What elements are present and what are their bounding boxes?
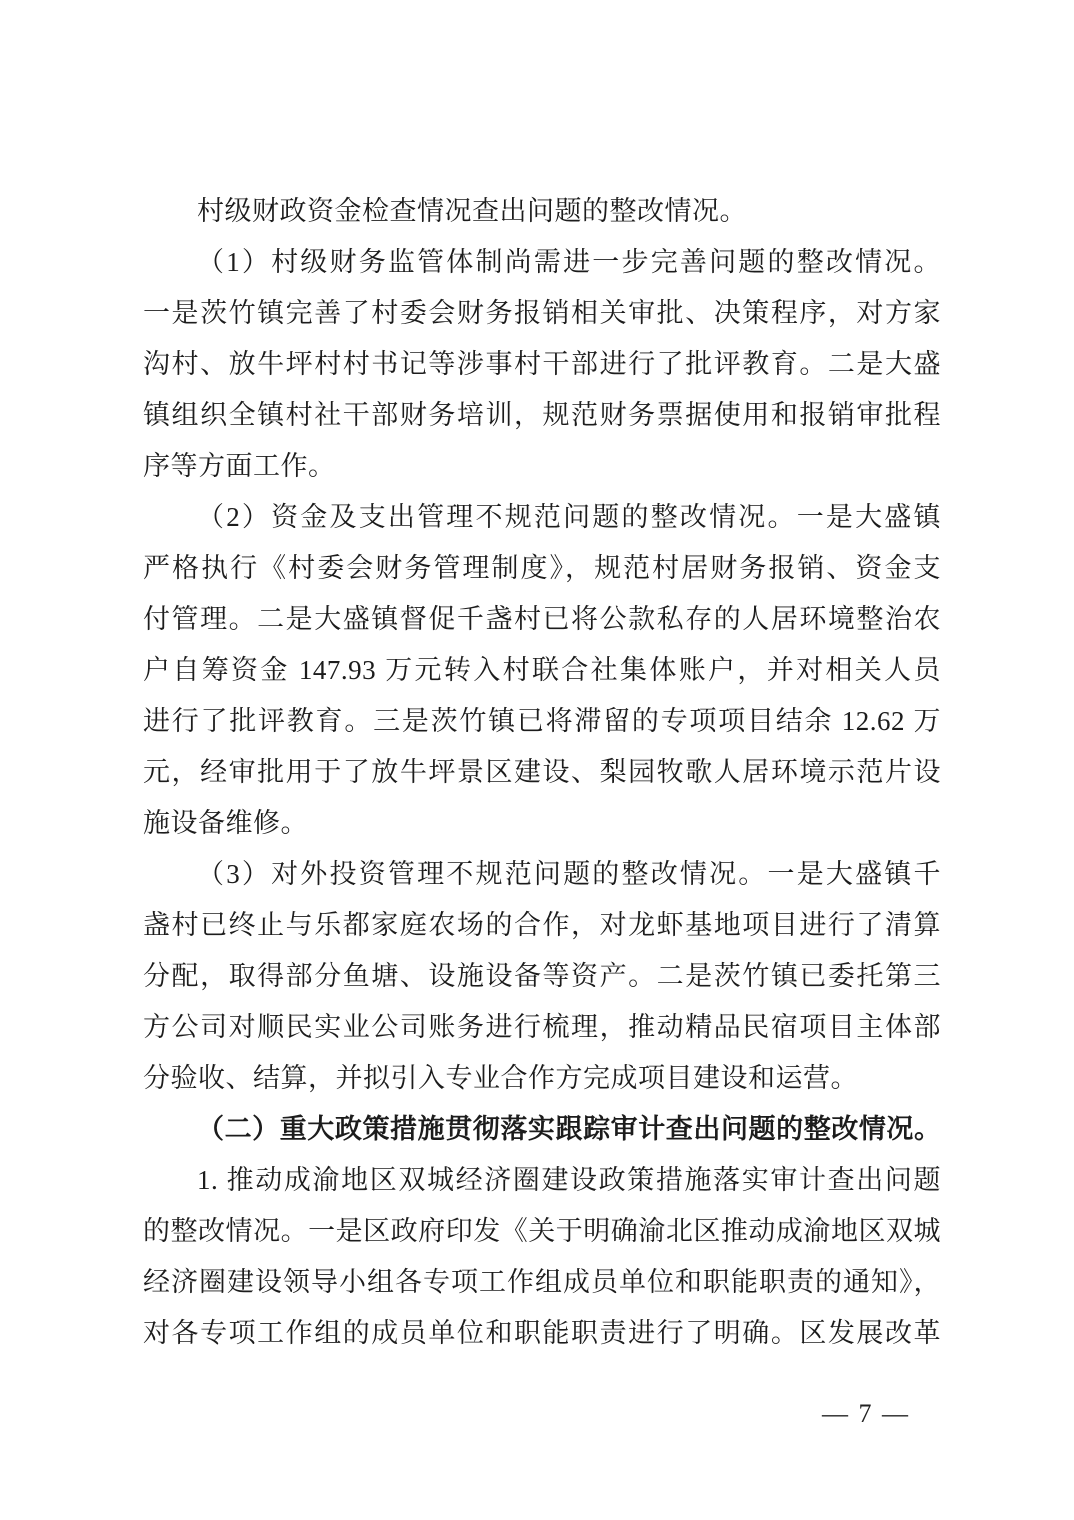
doc-line: （1）村级财务监管体制尚需进一步完善问题的整改情况。 [143, 237, 941, 288]
page-number: — 7 — [822, 1396, 910, 1432]
doc-line: 沟村、放牛坪村村书记等涉事村干部进行了批评教育。二是大盛 [143, 339, 941, 390]
document-page: 村级财政资金检查情况查出问题的整改情况。 （1）村级财务监管体制尚需进一步完善问… [0, 0, 1074, 1520]
doc-line: 经济圈建设领导小组各专项工作组成员单位和职能职责的通知》， [143, 1257, 941, 1308]
doc-line: 严格执行《村委会财务管理制度》，规范村居财务报销、资金支 [143, 543, 941, 594]
doc-line: （3）对外投资管理不规范问题的整改情况。一是大盛镇千 [143, 849, 941, 900]
subsection-heading-line: 1. 推动成渝地区双城经济圈建设政策措施落实审计查出问题 [143, 1155, 941, 1206]
section-heading-line: （二）重大政策措施贯彻落实跟踪审计查出问题的整改情况。 [143, 1104, 941, 1155]
doc-line: 付管理。二是大盛镇督促千盏村已将公款私存的人居环境整治农 [143, 594, 941, 645]
doc-line: 序等方面工作。 [143, 441, 941, 492]
doc-line: 一是茨竹镇完善了村委会财务报销相关审批、决策程序，对方家 [143, 288, 941, 339]
doc-line: 镇组织全镇村社干部财务培训，规范财务票据使用和报销审批程 [143, 390, 941, 441]
doc-line: 方公司对顺民实业公司账务进行梳理，推动精品民宿项目主体部 [143, 1002, 941, 1053]
doc-line: 施设备维修。 [143, 798, 941, 849]
doc-line: （2）资金及支出管理不规范问题的整改情况。一是大盛镇 [143, 492, 941, 543]
doc-line: 的整改情况。一是区政府印发《关于明确渝北区推动成渝地区双城 [143, 1206, 941, 1257]
doc-line: 村级财政资金检查情况查出问题的整改情况。 [143, 186, 941, 237]
doc-line: 户自筹资金 147.93 万元转入村联合社集体账户，并对相关人员 [143, 645, 941, 696]
doc-line: 进行了批评教育。三是茨竹镇已将滞留的专项项目结余 12.62 万 [143, 696, 941, 747]
doc-line: 分配，取得部分鱼塘、设施设备等资产。二是茨竹镇已委托第三 [143, 951, 941, 1002]
document-body: 村级财政资金检查情况查出问题的整改情况。 （1）村级财务监管体制尚需进一步完善问… [143, 186, 941, 1359]
doc-line: 对各专项工作组的成员单位和职能职责进行了明确。区发展改革 [143, 1308, 941, 1359]
doc-line: 元，经审批用于了放牛坪景区建设、梨园牧歌人居环境示范片设 [143, 747, 941, 798]
doc-line: 盏村已终止与乐都家庭农场的合作，对龙虾基地项目进行了清算 [143, 900, 941, 951]
doc-line: 分验收、结算，并拟引入专业合作方完成项目建设和运营。 [143, 1053, 941, 1104]
